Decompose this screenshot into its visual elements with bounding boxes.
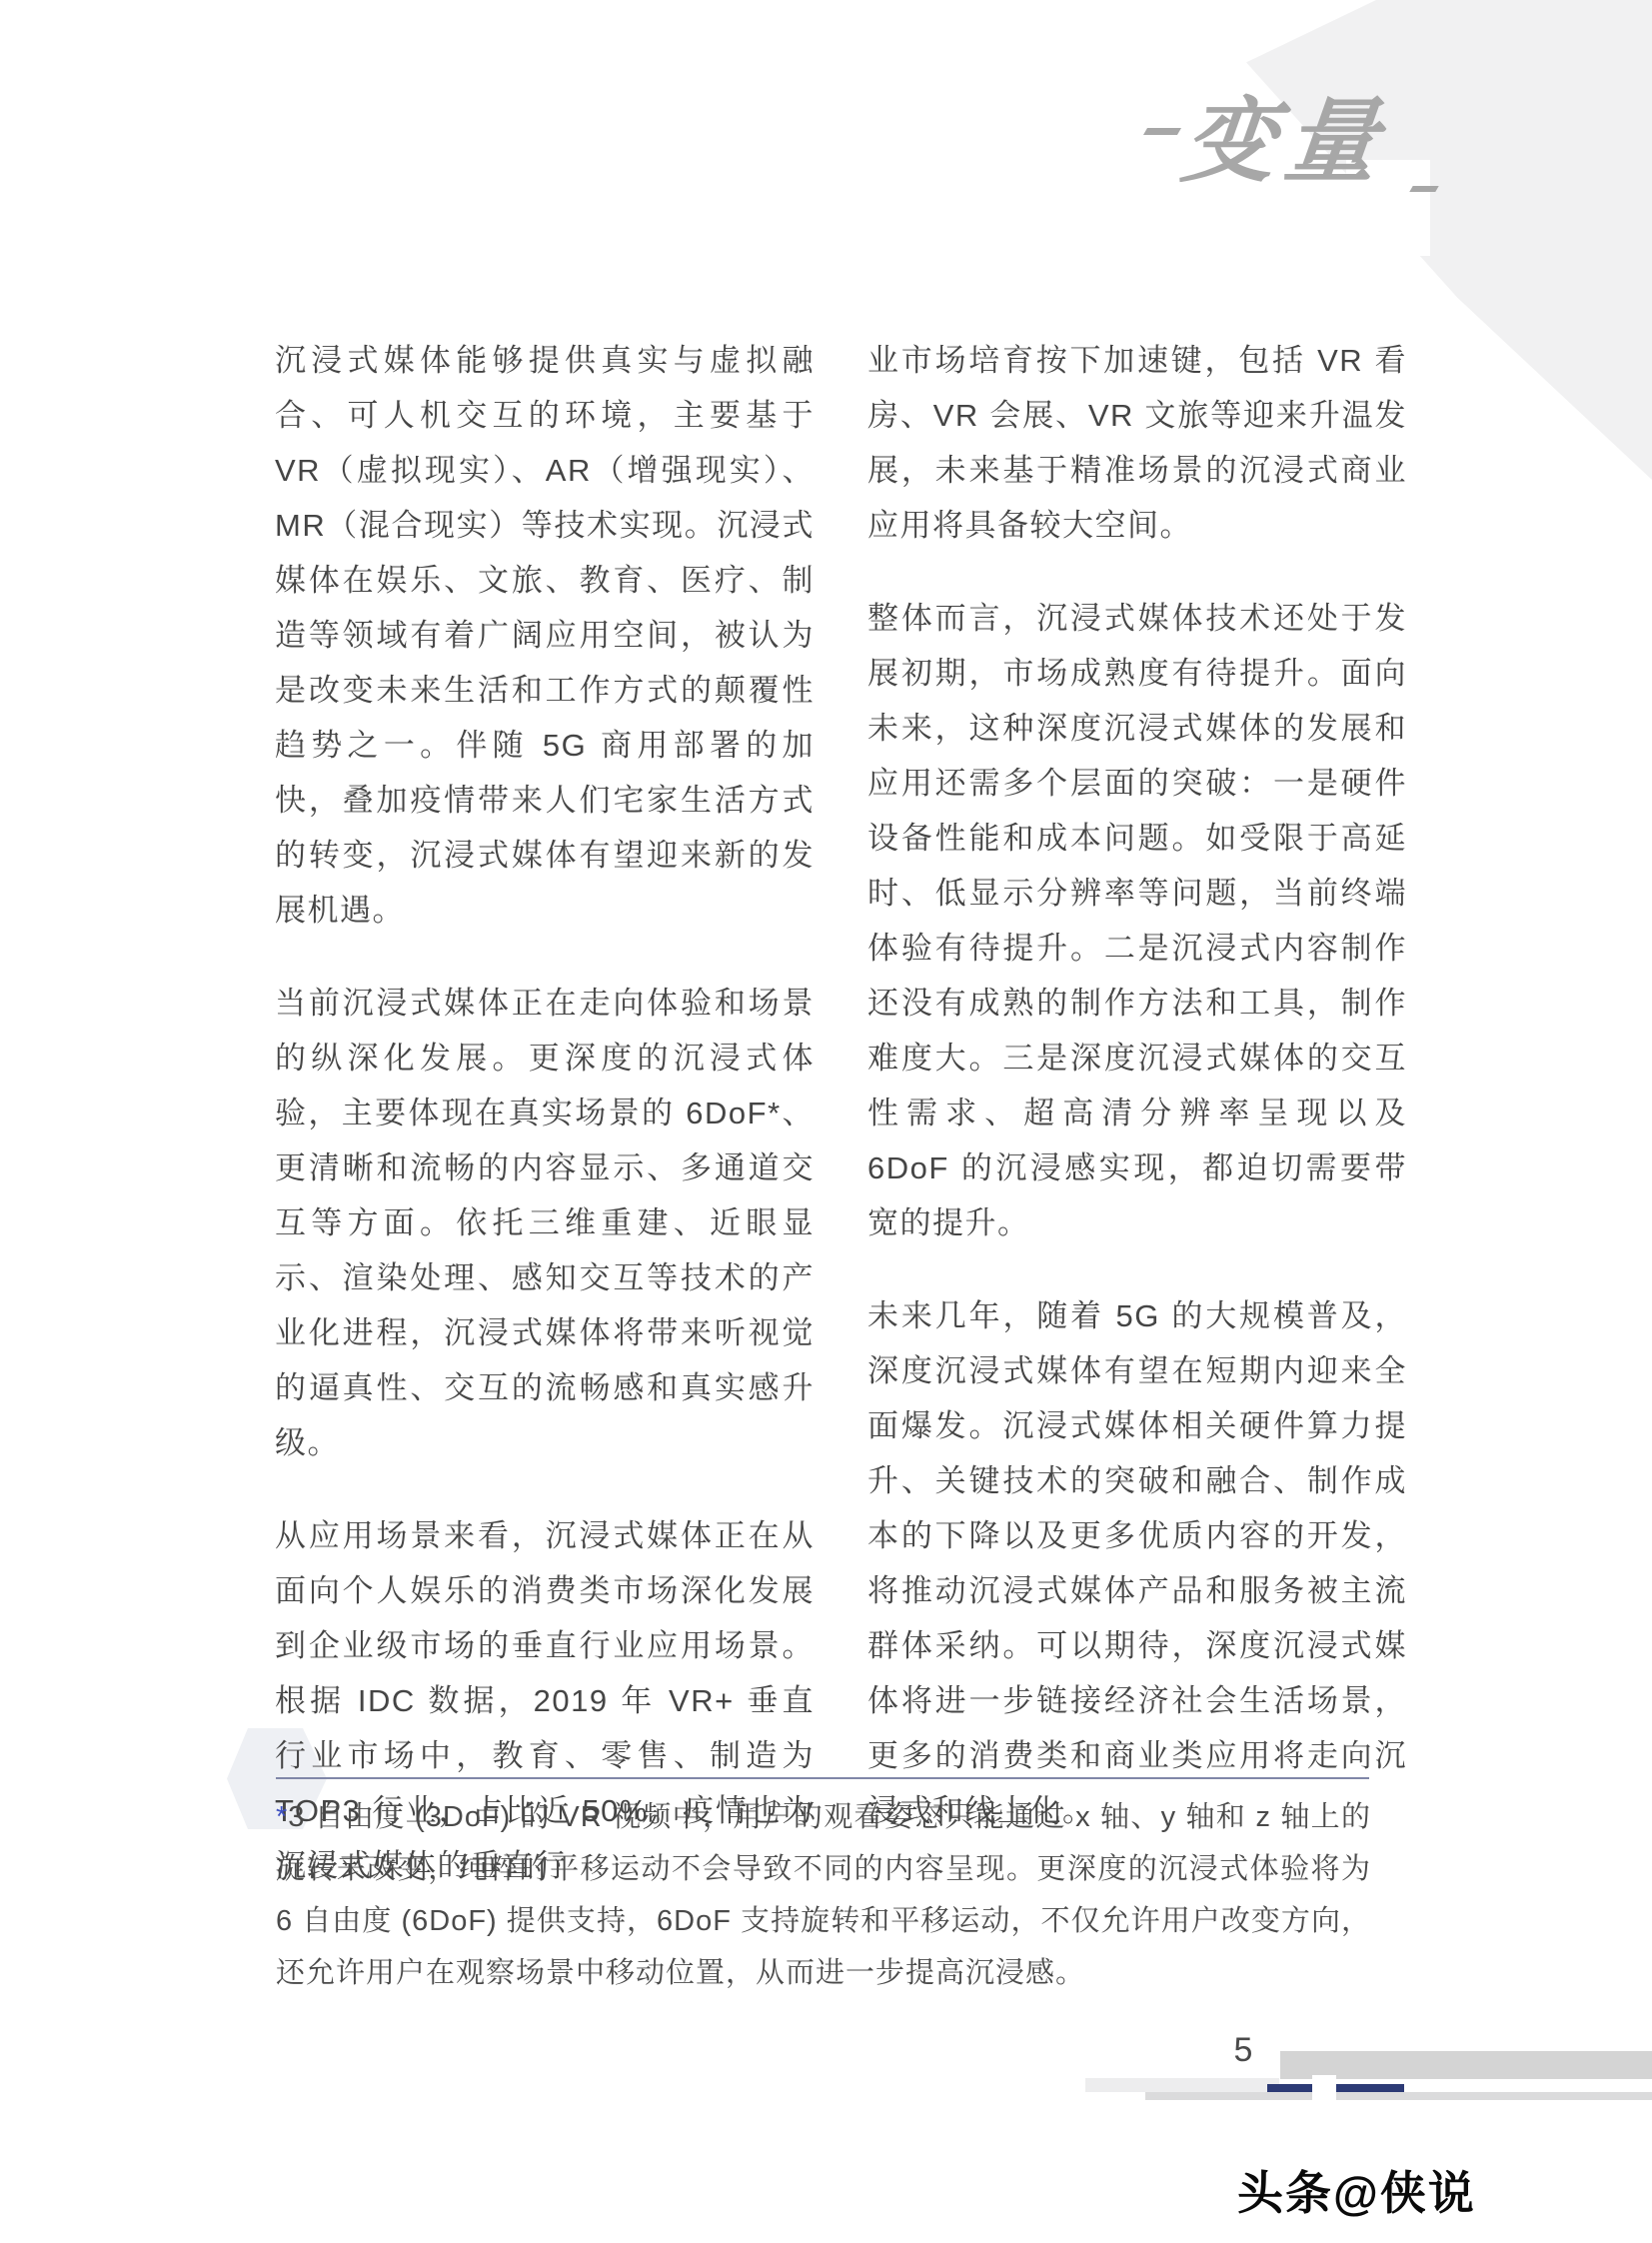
logo-glitch-dash-left bbox=[1143, 128, 1181, 135]
left-column: 沉浸式媒体能够提供真实与虚拟融合、可人机交互的环境，主要基于 VR（虚拟现实）、… bbox=[275, 333, 815, 1893]
footnote: *3 自由度 (3DoF) 的 VR 视频中，用户的观看姿态只能通过 x 轴、y… bbox=[276, 1791, 1371, 1999]
paragraph: 未来几年，随着 5G 的大规模普及，深度沉浸式媒体有望在短期内迎来全面爆发。沉浸… bbox=[867, 1288, 1407, 1838]
paragraph: 沉浸式媒体能够提供真实与虚拟融合、可人机交互的环境，主要基于 VR（虚拟现实）、… bbox=[275, 333, 815, 938]
page-number: 5 bbox=[1223, 2031, 1263, 2070]
footnote-asterisk: * bbox=[276, 1801, 288, 1833]
right-column: 业市场培育按下加速键，包括 VR 看房、VR 会展、VR 文旅等迎来升温发展，未… bbox=[867, 333, 1407, 1838]
logo-glitch-dash-right bbox=[1409, 186, 1438, 192]
watermark-text: 头条@侠说 bbox=[1237, 2157, 1476, 2223]
paragraph: 整体而言，沉浸式媒体技术还处于发展初期，市场成熟度有待提升。面向未来，这种深度沉… bbox=[867, 591, 1407, 1250]
footnote-divider bbox=[276, 1777, 1369, 1779]
paragraph: 业市场培育按下加速键，包括 VR 看房、VR 会展、VR 文旅等迎来升温发展，未… bbox=[867, 333, 1407, 553]
footnote-text: 3 自由度 (3DoF) 的 VR 视频中，用户的观看姿态只能通过 x 轴、y … bbox=[276, 1801, 1371, 1989]
footer-deco-thin-bar bbox=[1145, 2092, 1652, 2100]
footer-deco-white-notch bbox=[1312, 2075, 1336, 2105]
brand-logo: 变量 bbox=[1177, 68, 1395, 200]
footer-deco-light-bar bbox=[1085, 2078, 1279, 2092]
paragraph: 当前沉浸式媒体正在走向体验和场景的纵深化发展。更深度的沉浸式体验，主要体现在真实… bbox=[275, 976, 815, 1470]
